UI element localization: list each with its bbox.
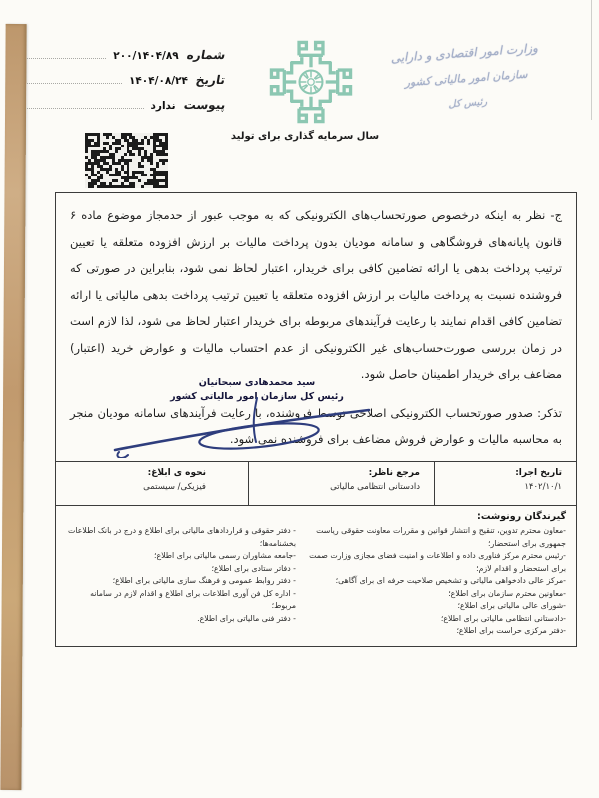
- number-value: ۲۰۰/۱۴۰۴/۸۹: [113, 50, 178, 62]
- cc-columns: -معاون محترم تدوین، تنقیح و انتشار قوانی…: [66, 525, 566, 638]
- cc-item: -رئیس محترم مرکز فناوری داده و اطلاعات و…: [296, 550, 566, 575]
- qr-module: [121, 185, 124, 188]
- letter-body: ج- نظر به اینکه درخصوص صورتحساب‌های الکت…: [55, 192, 577, 462]
- qr-module: [106, 185, 109, 188]
- qr-module: [159, 185, 162, 188]
- qr-module: [115, 185, 118, 188]
- info-table: تاریخ اجرا: ۱۴۰۲/۱۰/۱ مرجع ناظر: دادستان…: [55, 462, 577, 506]
- qr-module: [129, 185, 132, 188]
- tax-organization-logo-icon: [264, 36, 358, 128]
- date-value: ۱۴۰۴/۰۸/۲۴: [129, 75, 188, 87]
- letter-meta-block: شماره ۲۰۰/۱۴۰۴/۸۹ تاریخ ۱۴۰۴/۰۸/۲۴ پیوست…: [27, 48, 225, 123]
- notification-label: نحوه ی ابلاغ:: [56, 467, 206, 480]
- cc-item: -دادستانی انتظامی مالیاتی برای اطلاع؛: [296, 613, 566, 626]
- execution-date-cell: تاریخ اجرا: ۱۴۰۲/۱۰/۱: [435, 462, 576, 505]
- cc-item: - دفتر فنی مالیاتی برای اطلاع.: [66, 613, 296, 626]
- attachment-label: پیوست: [182, 98, 226, 112]
- dotted-line: [27, 75, 122, 84]
- cc-recipients-section: گیرندگان رونوشت: -معاون محترم تدوین، تنق…: [55, 506, 577, 647]
- qr-module: [144, 185, 147, 188]
- cc-item: -دفتر مرکزی حراست برای اطلاع؛: [296, 625, 566, 638]
- dotted-line: [27, 50, 106, 59]
- letter-number-row: شماره ۲۰۰/۱۴۰۴/۸۹: [27, 48, 225, 62]
- qr-module: [118, 185, 121, 188]
- qr-module: [165, 185, 168, 188]
- cc-item: -جامعه مشاوران رسمی مالیاتی برای اطلاع؛: [66, 550, 296, 563]
- qr-module: [103, 185, 106, 188]
- attachment-value: ندارد: [151, 100, 176, 112]
- qr-module: [100, 185, 103, 188]
- qr-module: [109, 185, 112, 188]
- cc-column-right: -معاون محترم تدوین، تنقیح و انتشار قوانی…: [296, 525, 566, 638]
- letter-date-row: تاریخ ۱۴۰۴/۰۸/۲۴: [27, 73, 225, 87]
- supervisor-cell: مرجع ناظر: دادستانی انتظامی مالیاتی: [249, 462, 435, 505]
- qr-code: [85, 133, 168, 188]
- execution-date-value: ۱۴۰۲/۱۰/۱: [439, 480, 562, 494]
- qr-module: [141, 185, 144, 188]
- cc-item: -شورای عالی مالیاتی برای اطلاع؛: [296, 600, 566, 613]
- qr-module: [162, 185, 165, 188]
- signer-title: رئیس کل سازمان امور مالیاتی کشور: [152, 390, 362, 404]
- qr-module: [147, 185, 150, 188]
- supervisor-label: مرجع ناظر:: [249, 467, 420, 480]
- letter-attachment-row: پیوست ندارد: [27, 98, 225, 112]
- cc-item: - دفتر روابط عمومی و فرهنگ سازی مالیاتی …: [66, 575, 296, 588]
- signature-block: سید محمدهادی سبحانیان رئیس کل سازمان امو…: [152, 376, 362, 404]
- cc-header: گیرندگان رونوشت:: [66, 511, 566, 522]
- qr-module: [150, 185, 153, 188]
- letter-frame: ج- نظر به اینکه درخصوص صورتحساب‌های الکت…: [55, 192, 577, 647]
- qr-module: [97, 185, 100, 188]
- qr-module: [132, 185, 135, 188]
- dotted-line: [27, 100, 144, 109]
- year-slogan: سال سرمایه گذاری برای تولید: [200, 131, 410, 142]
- letterhead-calligraphy: وزارت امور اقتصادی و دارایی سازمان امور …: [379, 34, 554, 122]
- qr-module: [135, 185, 138, 188]
- cc-column-left: - دفتر حقوقی و قراردادهای مالیاتی برای ا…: [66, 525, 296, 638]
- execution-date-label: تاریخ اجرا:: [439, 467, 562, 480]
- qr-module: [94, 185, 97, 188]
- note-paragraph: تذکر: صدور صورتحساب الکترونیکی اصلاحی تو…: [70, 400, 562, 453]
- cc-item: -مرکز عالی دادخواهی مالیاتی و تشخیص صلاح…: [296, 575, 566, 588]
- cc-item: - اداره کل فن آوری اطلاعات برای اطلاع و …: [66, 588, 296, 613]
- qr-module: [88, 185, 91, 188]
- notification-value: فیزیکی/ سیستمی: [56, 480, 206, 494]
- cc-item: - دفتر حقوقی و قراردادهای مالیاتی برای ا…: [66, 525, 296, 550]
- cc-item: - دفاتر ستادی برای اطلاع؛: [66, 563, 296, 576]
- qr-module: [156, 185, 159, 188]
- scan-edge-line: [591, 0, 592, 120]
- scan-edge-strip: [0, 24, 26, 790]
- number-label: شماره: [185, 48, 226, 62]
- main-paragraph: ج- نظر به اینکه درخصوص صورتحساب‌های الکت…: [70, 202, 562, 388]
- scanned-letter-page: وزارت امور اقتصادی و دارایی سازمان امور …: [0, 0, 599, 798]
- qr-module: [85, 185, 88, 188]
- qr-module: [153, 185, 156, 188]
- notification-cell: نحوه ی ابلاغ: فیزیکی/ سیستمی: [56, 462, 249, 505]
- qr-module: [124, 185, 127, 188]
- cc-item: -معاونین محترم سازمان برای اطلاع؛: [296, 588, 566, 601]
- signer-name: سید محمدهادی سبحانیان: [152, 376, 362, 390]
- cc-item: -معاون محترم تدوین، تنقیح و انتشار قوانی…: [296, 525, 566, 550]
- qr-module: [138, 185, 141, 188]
- date-label: تاریخ: [195, 73, 227, 87]
- supervisor-value: دادستانی انتظامی مالیاتی: [249, 480, 420, 494]
- qr-module: [127, 185, 130, 188]
- qr-module: [91, 185, 94, 188]
- qr-module: [112, 185, 115, 188]
